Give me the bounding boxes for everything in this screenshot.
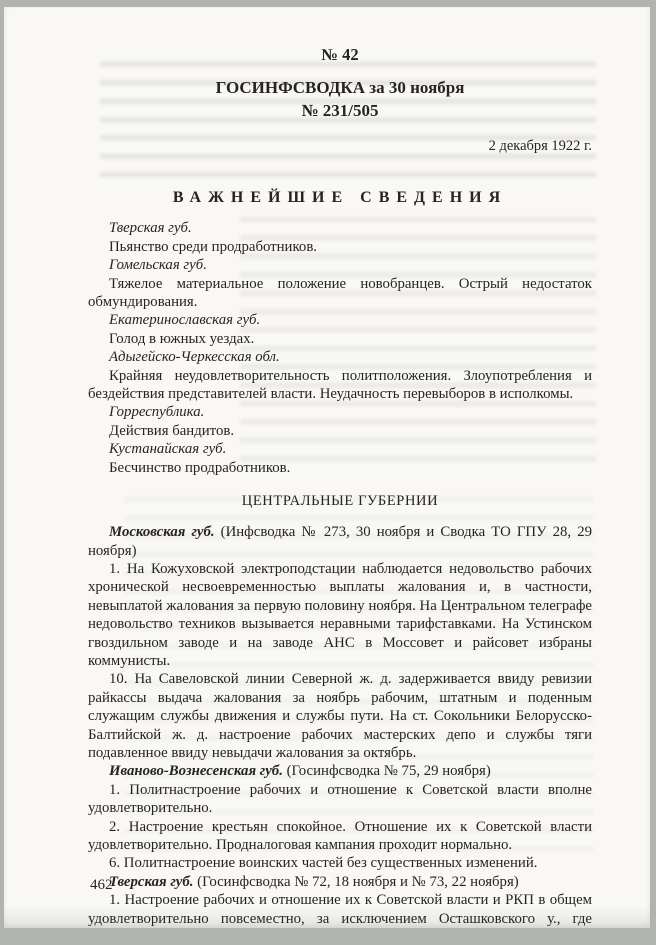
summary-region: Екатеринославская губ.: [88, 311, 592, 329]
section-heading-central-gubernias: ЦЕНТРАЛЬНЫЕ ГУБЕРНИИ: [88, 492, 592, 511]
summary-section: Тверская губ. Пьянство среди продработни…: [88, 219, 592, 477]
summary-region: Адыгейско-Черкесская обл.: [88, 348, 592, 366]
issue-number: № 42: [88, 45, 592, 65]
entry-paragraph: 1. На Кожуховской электроподстации наблю…: [88, 560, 592, 670]
entry-head: Московская губ. (Инфсводка № 273, 30 ноя…: [88, 523, 592, 560]
summary-text: Пьянство среди продработников.: [88, 238, 592, 256]
summary-text: Действия бандитов.: [88, 422, 592, 440]
document-title: ГОСИНФСВОДКА за 30 ноября: [88, 76, 592, 99]
entry-region: Московская губ.: [109, 524, 215, 540]
summary-region: Горреспублика.: [88, 403, 592, 421]
scanned-book-page: № 42 ГОСИНФСВОДКА за 30 ноября № 231/505…: [0, 0, 656, 945]
entry-paragraph: 1. Политнастроение рабочих и отношение к…: [88, 781, 592, 818]
entries-section: Московская губ. (Инфсводка № 273, 30 ноя…: [88, 523, 592, 928]
entry-head: Иваново-Вознесенская губ. (Госинфсводка …: [88, 762, 592, 780]
summary-region: Гомельская губ.: [88, 256, 592, 274]
summary-text: Бесчинство продработников.: [88, 459, 592, 477]
section-heading-important-info: ВАЖНЕЙШИЕ СВЕДЕНИЯ: [88, 188, 592, 208]
entry-head: Тверская губ. (Госинфсводка № 72, 18 ноя…: [88, 873, 592, 891]
document-page: № 42 ГОСИНФСВОДКА за 30 ноября № 231/505…: [4, 7, 650, 928]
entry-paragraph: 1. Настроение рабочих и отношение их к С…: [88, 891, 592, 928]
document-content: № 42 ГОСИНФСВОДКА за 30 ноября № 231/505…: [88, 45, 592, 928]
document-date: 2 декабря 1922 г.: [88, 137, 592, 155]
document-number: № 231/505: [88, 99, 592, 122]
entry-region: Тверская губ.: [109, 874, 193, 890]
page-number: 462: [90, 877, 113, 894]
summary-region: Кустанайская губ.: [88, 440, 592, 458]
entry-paragraph: 6. Политнастроение воинских частей без с…: [88, 854, 592, 872]
entry-paragraph: 2. Настроение крестьян спокойное. Отноше…: [88, 818, 592, 855]
summary-text: Голод в южных уездах.: [88, 330, 592, 348]
entry-paragraph: 10. На Савеловской линии Северной ж. д. …: [88, 670, 592, 762]
summary-text: Тяжелое материальное положение новобранц…: [88, 275, 592, 312]
entry-source: (Госинфсводка № 72, 18 ноября и № 73, 22…: [193, 874, 518, 890]
entry-region: Иваново-Вознесенская губ.: [109, 763, 283, 779]
entry-source: (Госинфсводка № 75, 29 ноября): [283, 763, 491, 779]
summary-region: Тверская губ.: [88, 219, 592, 237]
summary-text: Крайняя неудовлетворительность политполо…: [88, 367, 592, 404]
